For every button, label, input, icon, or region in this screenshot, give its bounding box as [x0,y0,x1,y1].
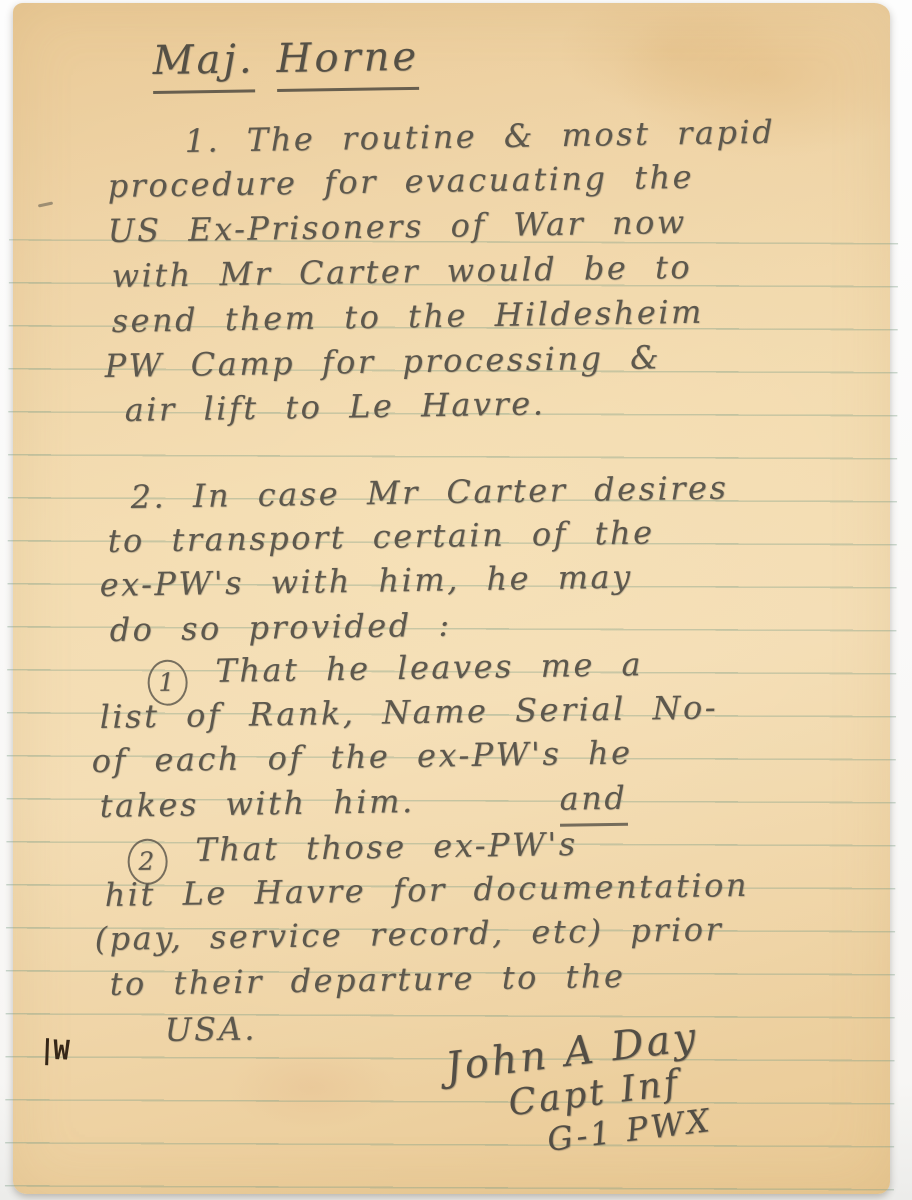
para2-line-3: ex-PW's with him, he may [99,555,633,607]
para1-line-4: with Mr Carter would be to [111,245,692,298]
para1-line-3: US Ex-Prisoners of War now [107,200,687,253]
item1-line-1-text: That he leaves me a [215,645,643,690]
heading-word-maj: Maj. [152,36,255,94]
para2-line-4: do so provided : [109,603,452,652]
page-title: Maj.Horne [152,34,441,83]
item2-line-4: to their departure to the [109,954,625,1006]
stray-pencil-mark [38,201,53,207]
paper-page: Maj.Horne 1. The routine & most rapid pr… [13,3,890,1194]
para1-line-2: procedure for evacuating the [107,155,694,208]
ink-corner-mark: |W [38,1035,68,1067]
item1-line-3: of each of the ex-PW's he [91,731,633,783]
heading-word-horne: Horne [276,34,419,92]
para1-line-7: air lift to Le Havre. [124,381,545,432]
item1-suffix-and: and [559,776,627,827]
item1-line-4-text: takes with him. [99,782,415,825]
item2-line-5: USA. [164,1007,257,1052]
item2-line-1-text: That those ex-PW's [195,825,578,869]
para1-line-6: PW Camp for processing & [104,335,661,388]
